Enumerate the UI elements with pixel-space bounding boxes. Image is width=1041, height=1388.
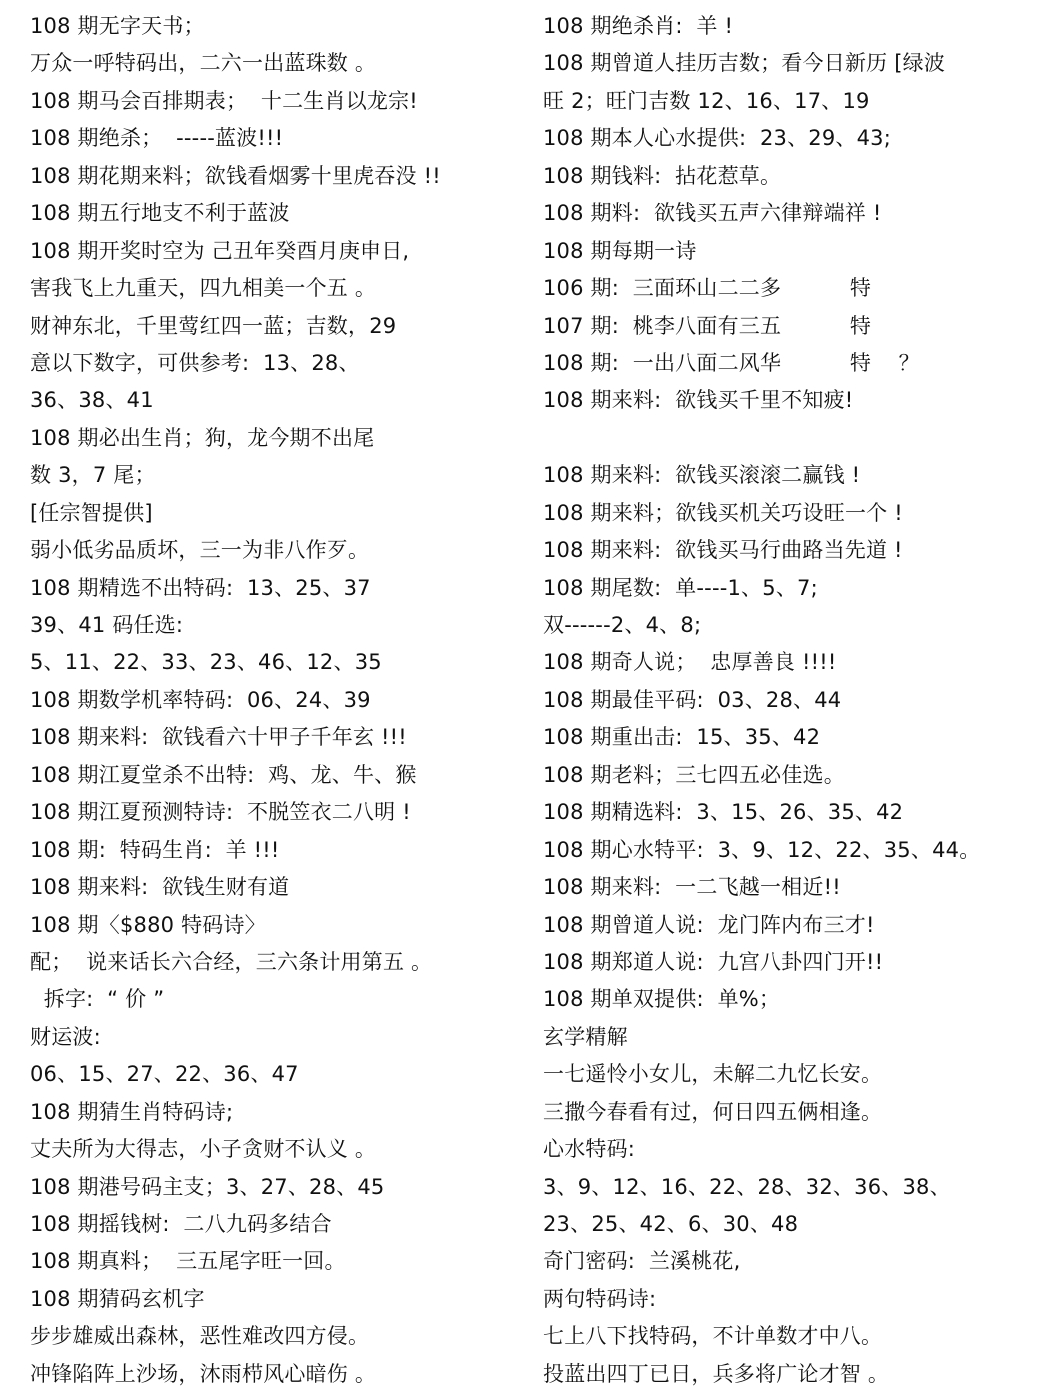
text-line: 5、11、22、33、23、46、12、35 (30, 644, 520, 681)
text-line: 108 期数学机率特码: 06、24、39 (30, 682, 520, 719)
text-line: 冲锋陷阵上沙场，沐雨栉风心暗伤 。 (30, 1356, 520, 1388)
text-line: 108 期真料； 三五尾字旺一回。 (30, 1243, 520, 1280)
text-line: 108 期来料: 欲钱生财有道 (30, 869, 520, 906)
text-line: 投蓝出四丁已日，兵多将广论才智 。 (543, 1356, 1041, 1388)
text-line: 108 期花期来料；欲钱看烟雾十里虎吞没 !! (30, 158, 520, 195)
text-line: 108 期〈$880 特码诗〉 (30, 907, 520, 944)
text-line: 36、38、41 (30, 382, 520, 419)
text-line: 108 期本人心水提供: 23、29、43; (543, 120, 1041, 157)
text-line: 108 期江夏堂杀不出特: 鸡、龙、牛、猴 (30, 757, 520, 794)
text-line: 配； 说来话长六合经，三六条计用第五 。 (30, 944, 520, 981)
text-line: 39、41 码任选: (30, 607, 520, 644)
text-line: 108 期来料: 欲钱买滚滚二赢钱 ! (543, 457, 1041, 494)
text-line: 23、25、42、6、30、48 (543, 1206, 1041, 1243)
text-line: 108 期摇钱树: 二八九码多结合 (30, 1206, 520, 1243)
text-line: 108 期绝杀肖: 羊 ! (543, 8, 1041, 45)
text-line: 108 期料: 欲钱买五声六律辩端祥 ! (543, 195, 1041, 232)
text-line: 108 期港号码主支；3、27、28、45 (30, 1169, 520, 1206)
text-line: 06、15、27、22、36、47 (30, 1056, 520, 1093)
text-line: 108 期曾道人说: 龙门阵内布三才! (543, 907, 1041, 944)
text-line (543, 420, 1041, 457)
text-line: 108 期重出击: 15、35、42 (543, 719, 1041, 756)
text-line: 108 期心水特平: 3、9、12、22、35、44。 (543, 832, 1041, 869)
text-line: 害我飞上九重天，四九相美一个五 。 (30, 270, 520, 307)
right-column: 108 期绝杀肖: 羊 !108 期曾道人挂历吉数；看今日新历 [绿波旺 2；旺… (543, 8, 1041, 1388)
text-line: 108 期五行地支不利于蓝波 (30, 195, 520, 232)
text-line: 108 期来料；欲钱买机关巧设旺一个 ! (543, 495, 1041, 532)
text-line: 步步雄威出森林，恶性难改四方侵。 (30, 1318, 520, 1355)
text-line: 双------2、4、8; (543, 607, 1041, 644)
text-line: 108 期精选料: 3、15、26、35、42 (543, 794, 1041, 831)
text-line: 108 期老料；三七四五必佳选。 (543, 757, 1041, 794)
text-line: 108 期每期一诗 (543, 233, 1041, 270)
text-line: 万众一呼特码出，二六一出蓝珠数 。 (30, 45, 520, 82)
text-line: 七上八下找特码，不计单数才中八。 (543, 1318, 1041, 1355)
text-line: 108 期无字天书； (30, 8, 520, 45)
text-line: 108 期来料: 欲钱看六十甲子千年玄 !!! (30, 719, 520, 756)
text-line: 108 期郑道人说: 九宫八卦四门开!! (543, 944, 1041, 981)
text-line: 108 期江夏预测特诗: 不脱笠衣二八明 ! (30, 794, 520, 831)
text-line: [任宗智提供] (30, 495, 520, 532)
text-line: 108 期来料: 一二飞越一相近!! (543, 869, 1041, 906)
text-line: 108 期: 一出八面二风华 特 ？ (543, 345, 1041, 382)
text-line: 旺 2；旺门吉数 12、16、17、19 (543, 83, 1041, 120)
text-line: 108 期: 特码生肖: 羊 !!! (30, 832, 520, 869)
text-line: 108 期来料: 欲钱买千里不知疲! (543, 382, 1041, 419)
text-line: 奇门密码: 兰溪桃花, (543, 1243, 1041, 1280)
text-line: 意以下数字，可供参考: 13、28、 (30, 345, 520, 382)
text-line: 107 期: 桃李八面有三五 特 (543, 308, 1041, 345)
text-line: 两句特码诗: (543, 1281, 1041, 1318)
text-line: 108 期尾数: 单----1、5、7; (543, 570, 1041, 607)
text-line: 108 期猜生肖特码诗; (30, 1094, 520, 1131)
text-line: 108 期钱料: 拈花惹草。 (543, 158, 1041, 195)
text-line: 108 期马会百排期表； 十二生肖以龙宗! (30, 83, 520, 120)
text-line: 弱小低劣品质坏，三一为非八作歹。 (30, 532, 520, 569)
text-line: 丈夫所为大得志，小子贪财不认义 。 (30, 1131, 520, 1168)
text-line: 108 期猜码玄机字 (30, 1281, 520, 1318)
text-line: 拆字: “ 价 ” (30, 981, 520, 1018)
text-line: 心水特码: (543, 1131, 1041, 1168)
text-line: 108 期最佳平码: 03、28、44 (543, 682, 1041, 719)
left-column: 108 期无字天书；万众一呼特码出，二六一出蓝珠数 。108 期马会百排期表； … (30, 8, 520, 1388)
text-line: 财运波: (30, 1019, 520, 1056)
text-line: 108 期奇人说； 忠厚善良 !!!! (543, 644, 1041, 681)
text-line: 108 期曾道人挂历吉数；看今日新历 [绿波 (543, 45, 1041, 82)
text-line: 三撒今春看有过，何日四五俩相逢。 (543, 1094, 1041, 1131)
text-line: 108 期开奖时空为 己丑年癸酉月庚申日, (30, 233, 520, 270)
text-line: 108 期单双提供: 单%； (543, 981, 1041, 1018)
text-line: 106 期: 三面环山二二多 特 (543, 270, 1041, 307)
text-line: 一七遥怜小女儿，未解二九忆长安。 (543, 1056, 1041, 1093)
text-line: 3、9、12、16、22、28、32、36、38、 (543, 1169, 1041, 1206)
text-line: 108 期精选不出特码: 13、25、37 (30, 570, 520, 607)
text-line: 108 期来料: 欲钱买马行曲路当先道 ! (543, 532, 1041, 569)
text-line: 玄学精解 (543, 1019, 1041, 1056)
text-line: 108 期绝杀； -----蓝波!!! (30, 120, 520, 157)
text-line: 108 期必出生肖；狗，龙今期不出尾 (30, 420, 520, 457)
text-line: 财神东北，千里莺红四一蓝；吉数，29 (30, 308, 520, 345)
text-line: 数 3，7 尾； (30, 457, 520, 494)
